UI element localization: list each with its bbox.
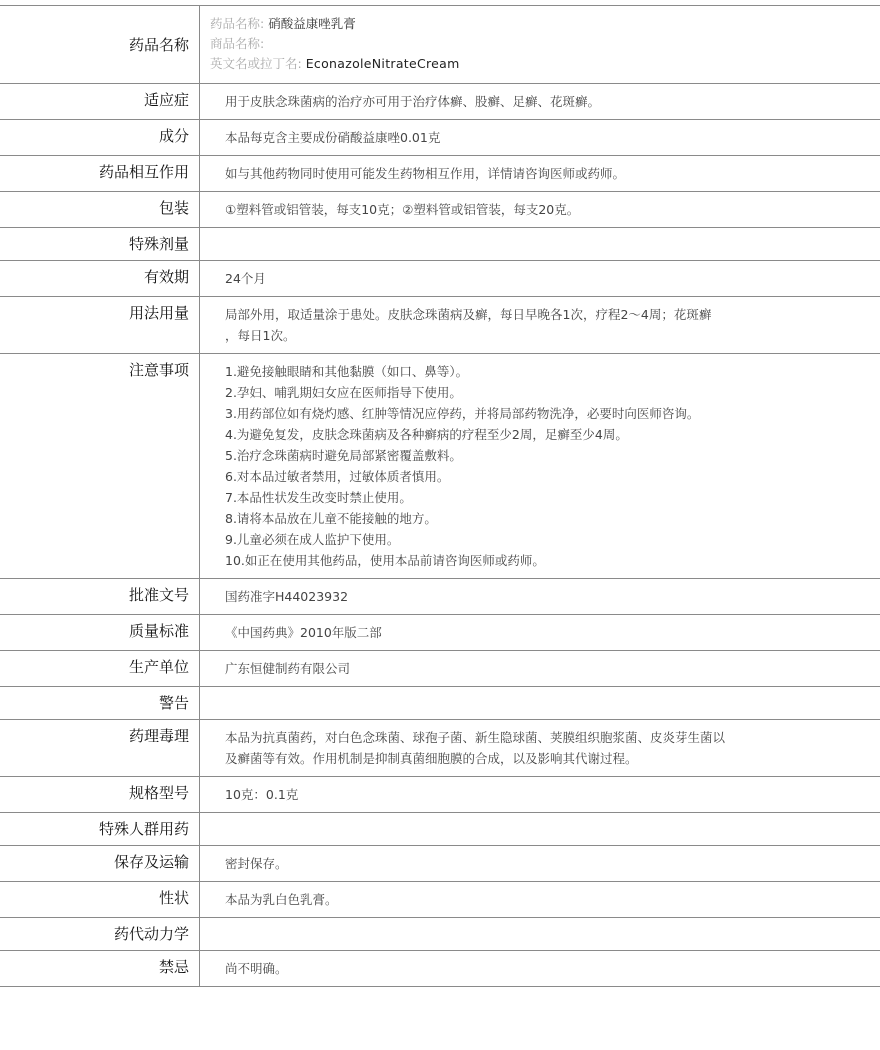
row-label: 适应症 — [0, 84, 200, 120]
table-row: 禁忌尚不明确。 — [0, 951, 880, 987]
value-line: 5.治疗念珠菌病时避免局部紧密覆盖敷料。 — [225, 445, 880, 466]
row-value: 1.避免接触眼睛和其他黏膜（如口、鼻等）。2.孕妇、哺乳期妇女应在医师指导下使用… — [200, 354, 880, 579]
english-name-value: EconazoleNitrateCream — [306, 56, 460, 71]
drug-name-cell: 药品名称: 硝酸益康唑乳膏 商品名称: 英文名或拉丁名: EconazoleNi… — [200, 6, 880, 84]
row-label: 性状 — [0, 882, 200, 918]
table-row: 规格型号10克：0.1克 — [0, 777, 880, 813]
row-value: 《中国药典》2010年版二部 — [200, 615, 880, 651]
row-value: ①塑料管或铝管装，每支10克；②塑料管或铝管装，每支20克。 — [200, 192, 880, 228]
table-row: 药代动力学 — [0, 918, 880, 951]
row-drug-name: 药品名称 药品名称: 硝酸益康唑乳膏 商品名称: 英文名或拉丁名: Econaz… — [0, 6, 880, 84]
row-value: 密封保存。 — [200, 846, 880, 882]
row-value: 本品为抗真菌药，对白色念珠菌、球孢子菌、新生隐球菌、荚膜组织胞浆菌、皮炎芽生菌以… — [200, 720, 880, 777]
table-row: 用法用量局部外用，取适量涂于患处。皮肤念珠菌病及癣，每日早晚各1次，疗程2～4周… — [0, 297, 880, 354]
row-value: 10克：0.1克 — [200, 777, 880, 813]
row-value — [200, 813, 880, 846]
value-line: 6.对本品过敏者禁用，过敏体质者慎用。 — [225, 466, 880, 487]
generic-name-value: 硝酸益康唑乳膏 — [268, 16, 356, 31]
row-value: 本品每克含主要成份硝酸益康唑0.01克 — [200, 120, 880, 156]
value-line: 2.孕妇、哺乳期妇女应在医师指导下使用。 — [225, 382, 880, 403]
row-label: 特殊剂量 — [0, 228, 200, 261]
value-line: 4.为避免复发，皮肤念珠菌病及各种癣病的疗程至少2周，足癣至少4周。 — [225, 424, 880, 445]
table-row: 有效期24个月 — [0, 261, 880, 297]
row-label: 注意事项 — [0, 354, 200, 579]
table-row: 特殊剂量 — [0, 228, 880, 261]
table-row: 质量标准《中国药典》2010年版二部 — [0, 615, 880, 651]
row-label: 禁忌 — [0, 951, 200, 987]
table-row: 警告 — [0, 687, 880, 720]
trade-name-line: 商品名称: — [210, 34, 880, 54]
drug-spec-table: 药品名称 药品名称: 硝酸益康唑乳膏 商品名称: 英文名或拉丁名: Econaz… — [0, 5, 880, 987]
trade-name-key: 商品名称: — [210, 36, 264, 51]
row-value: 广东恒健制药有限公司 — [200, 651, 880, 687]
english-name-key: 英文名或拉丁名: — [210, 56, 302, 71]
value-line: 8.请将本品放在儿童不能接触的地方。 — [225, 508, 880, 529]
value-line: 局部外用，取适量涂于患处。皮肤念珠菌病及癣，每日早晚各1次，疗程2～4周；花斑癣 — [225, 304, 880, 325]
value-line: ，每日1次。 — [225, 325, 880, 346]
table-row: 成分本品每克含主要成份硝酸益康唑0.01克 — [0, 120, 880, 156]
row-label: 保存及运输 — [0, 846, 200, 882]
table-row: 生产单位广东恒健制药有限公司 — [0, 651, 880, 687]
row-value: 24个月 — [200, 261, 880, 297]
table-row: 性状本品为乳白色乳膏。 — [0, 882, 880, 918]
generic-name-key: 药品名称: — [210, 16, 264, 31]
row-label: 质量标准 — [0, 615, 200, 651]
row-label: 有效期 — [0, 261, 200, 297]
row-label: 特殊人群用药 — [0, 813, 200, 846]
table-row: 保存及运输密封保存。 — [0, 846, 880, 882]
row-label: 药代动力学 — [0, 918, 200, 951]
row-label: 成分 — [0, 120, 200, 156]
table-row: 批准文号国药准字H44023932 — [0, 579, 880, 615]
row-label: 生产单位 — [0, 651, 200, 687]
value-line: 及癣菌等有效。作用机制是抑制真菌细胞膜的合成，以及影响其代谢过程。 — [225, 748, 880, 769]
english-name-line: 英文名或拉丁名: EconazoleNitrateCream — [210, 54, 880, 74]
value-line: 10.如正在使用其他药品，使用本品前请咨询医师或药师。 — [225, 550, 880, 571]
row-label: 包装 — [0, 192, 200, 228]
row-label: 药理毒理 — [0, 720, 200, 777]
row-label: 药品相互作用 — [0, 156, 200, 192]
row-value: 用于皮肤念珠菌病的治疗亦可用于治疗体癣、股癣、足癣、花斑癣。 — [200, 84, 880, 120]
row-value — [200, 687, 880, 720]
row-value: 国药准字H44023932 — [200, 579, 880, 615]
row-value: 尚不明确。 — [200, 951, 880, 987]
row-value: 局部外用，取适量涂于患处。皮肤念珠菌病及癣，每日早晚各1次，疗程2～4周；花斑癣… — [200, 297, 880, 354]
table-row: 适应症用于皮肤念珠菌病的治疗亦可用于治疗体癣、股癣、足癣、花斑癣。 — [0, 84, 880, 120]
table-row: 药品相互作用如与其他药物同时使用可能发生药物相互作用，详情请咨询医师或药师。 — [0, 156, 880, 192]
row-label: 规格型号 — [0, 777, 200, 813]
value-line: 7.本品性状发生改变时禁止使用。 — [225, 487, 880, 508]
table-row: 注意事项1.避免接触眼睛和其他黏膜（如口、鼻等）。2.孕妇、哺乳期妇女应在医师指… — [0, 354, 880, 579]
value-line: 1.避免接触眼睛和其他黏膜（如口、鼻等）。 — [225, 361, 880, 382]
table-row: 特殊人群用药 — [0, 813, 880, 846]
row-value — [200, 228, 880, 261]
row-label: 药品名称 — [0, 6, 200, 84]
value-line: 3.用药部位如有烧灼感、红肿等情况应停药，并将局部药物洗净，必要时向医师咨询。 — [225, 403, 880, 424]
table-row: 药理毒理本品为抗真菌药，对白色念珠菌、球孢子菌、新生隐球菌、荚膜组织胞浆菌、皮炎… — [0, 720, 880, 777]
value-line: 9.儿童必须在成人监护下使用。 — [225, 529, 880, 550]
row-value — [200, 918, 880, 951]
row-label: 用法用量 — [0, 297, 200, 354]
value-line: 本品为抗真菌药，对白色念珠菌、球孢子菌、新生隐球菌、荚膜组织胞浆菌、皮炎芽生菌以 — [225, 727, 880, 748]
row-label: 批准文号 — [0, 579, 200, 615]
table-row: 包装①塑料管或铝管装，每支10克；②塑料管或铝管装，每支20克。 — [0, 192, 880, 228]
row-value: 本品为乳白色乳膏。 — [200, 882, 880, 918]
row-value: 如与其他药物同时使用可能发生药物相互作用，详情请咨询医师或药师。 — [200, 156, 880, 192]
row-label: 警告 — [0, 687, 200, 720]
generic-name-line: 药品名称: 硝酸益康唑乳膏 — [210, 14, 880, 34]
